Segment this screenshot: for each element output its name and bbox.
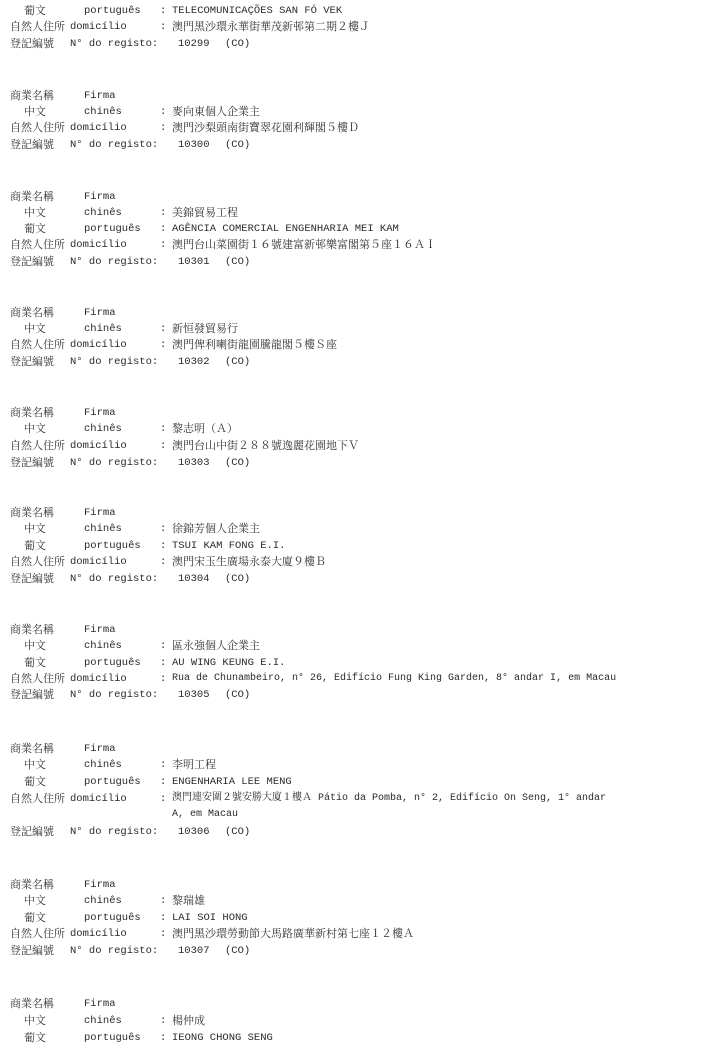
registry-suffix: (CO) — [225, 455, 250, 471]
firm-label-zh: 商業名稱 — [10, 877, 54, 893]
firm-label-pt: Firma — [84, 741, 116, 757]
registry-label-pt: N° do registo: — [70, 354, 158, 370]
domicile-label-pt: domicílio — [70, 791, 127, 807]
registry-number-value: 10307 — [178, 943, 210, 959]
colon: : — [160, 791, 166, 807]
chinese-label-zh: 中文 — [24, 421, 46, 437]
domicile-label-pt: domicílio — [70, 237, 127, 253]
chinese-name-value: 新恒發貿易行 — [172, 321, 238, 337]
registry-number-value: 10303 — [178, 455, 210, 471]
chinese-name-value: 區永強個人企業主 — [172, 638, 260, 654]
domicile-label-pt: domicílio — [70, 19, 127, 35]
domicile-label-pt: domicílio — [70, 120, 127, 136]
firm-label-zh: 商業名稱 — [10, 622, 54, 638]
colon: : — [160, 120, 166, 136]
portuguese-label-pt: português — [84, 538, 141, 554]
domicile-label-zh: 自然人住所 — [10, 337, 65, 353]
colon: : — [160, 638, 166, 654]
chinese-name-value: 黎瑞雄 — [172, 893, 205, 909]
colon: : — [160, 774, 166, 790]
registry-suffix: (CO) — [225, 254, 250, 270]
domicile-label-zh: 自然人住所 — [10, 237, 65, 253]
chinese-label-zh: 中文 — [24, 521, 46, 537]
domicile-label-pt: domicílio — [70, 554, 127, 570]
firm-label-pt: Firma — [84, 405, 116, 421]
chinese-label-pt: chinês — [84, 757, 122, 773]
firm-label-pt: Firma — [84, 88, 116, 104]
registry-suffix: (CO) — [225, 943, 250, 959]
registry-label-pt: N° do registo: — [70, 687, 158, 703]
colon: : — [160, 671, 166, 687]
colon: : — [160, 655, 166, 671]
domicile-value: 澳門台山菜園街１６號建富新邨樂富閣第５座１６ＡＩ — [172, 237, 436, 253]
registry-suffix: (CO) — [225, 354, 250, 370]
chinese-label-zh: 中文 — [24, 104, 46, 120]
registry-label-zh: 登記編號 — [10, 455, 54, 471]
colon: : — [160, 421, 166, 437]
domicile-value: 澳門台山中街２８８號逸麗花園地下Ｖ — [172, 438, 359, 454]
chinese-label-pt: chinês — [84, 1013, 122, 1029]
portuguese-label-zh: 葡文 — [24, 221, 46, 237]
portuguese-label-pt: português — [84, 655, 141, 671]
firm-label-pt: Firma — [84, 189, 116, 205]
registry-label-pt: N° do registo: — [70, 254, 158, 270]
portuguese-label-zh: 葡文 — [24, 1030, 46, 1046]
domicile-label-zh: 自然人住所 — [10, 19, 65, 35]
colon: : — [160, 104, 166, 120]
portuguese-label-pt: português — [84, 3, 141, 19]
domicile-value: 澳門俾利喇街龍園騰龍閣５樓Ｓ座 — [172, 337, 337, 353]
registry-label-zh: 登記編號 — [10, 571, 54, 587]
registry-label-zh: 登記編號 — [10, 943, 54, 959]
colon: : — [160, 321, 166, 337]
registry-label-pt: N° do registo: — [70, 137, 158, 153]
domicile-label-zh: 自然人住所 — [10, 120, 65, 136]
chinese-label-zh: 中文 — [24, 638, 46, 654]
chinese-name-value: 楊仲成 — [172, 1013, 205, 1029]
domicile-value: 澳門黑沙環勞動節大馬路廣華新村第七座１２樓Ａ — [172, 926, 414, 942]
registry-number-value: 10305 — [178, 687, 210, 703]
portuguese-name-value: TSUI KAM FONG E.I. — [172, 538, 285, 554]
registry-number-value: 10304 — [178, 571, 210, 587]
domicile-label-zh: 自然人住所 — [10, 926, 65, 942]
firm-label-zh: 商業名稱 — [10, 405, 54, 421]
registry-label-pt: N° do registo: — [70, 824, 158, 840]
domicile-value: Rua de Chunambeiro, n° 26, Edifício Fung… — [172, 671, 616, 687]
domicile-label-zh: 自然人住所 — [10, 791, 65, 807]
portuguese-name-value: IEONG CHONG SENG — [172, 1030, 273, 1046]
colon: : — [160, 538, 166, 554]
portuguese-name-value: ENGENHARIA LEE MENG — [172, 774, 292, 790]
firm-label-zh: 商業名稱 — [10, 996, 54, 1012]
colon: : — [160, 438, 166, 454]
portuguese-label-zh: 葡文 — [24, 774, 46, 790]
portuguese-label-zh: 葡文 — [24, 655, 46, 671]
colon: : — [160, 3, 166, 19]
portuguese-name-value: LAI SOI HONG — [172, 910, 248, 926]
registry-number-value: 10306 — [178, 824, 210, 840]
chinese-label-pt: chinês — [84, 205, 122, 221]
chinese-name-value: 黎志明（Ａ） — [172, 421, 238, 437]
colon: : — [160, 237, 166, 253]
chinese-label-zh: 中文 — [24, 893, 46, 909]
colon: : — [160, 1013, 166, 1029]
domicile-label-zh: 自然人住所 — [10, 554, 65, 570]
domicile-label-pt: domicílio — [70, 438, 127, 454]
colon: : — [160, 554, 166, 570]
registry-number-value: 10300 — [178, 137, 210, 153]
chinese-label-pt: chinês — [84, 893, 122, 909]
portuguese-label-pt: português — [84, 774, 141, 790]
domicile-value: 澳門宋玉生廣場永泰大廈９樓Ｂ — [172, 554, 326, 570]
portuguese-label-pt: português — [84, 910, 141, 926]
domicile-label-pt: domicílio — [70, 926, 127, 942]
domicile-value: 澳門沙梨頭南街寶翠花園利輝閣５樓Ｄ — [172, 120, 359, 136]
firm-label-zh: 商業名稱 — [10, 305, 54, 321]
registry-suffix: (CO) — [225, 571, 250, 587]
registry-label-zh: 登記編號 — [10, 354, 54, 370]
registry-label-zh: 登記編號 — [10, 254, 54, 270]
chinese-label-zh: 中文 — [24, 1013, 46, 1029]
chinese-label-pt: chinês — [84, 321, 122, 337]
firm-label-zh: 商業名稱 — [10, 189, 54, 205]
colon: : — [160, 19, 166, 35]
portuguese-label-pt: português — [84, 1030, 141, 1046]
chinese-label-pt: chinês — [84, 421, 122, 437]
firm-label-pt: Firma — [84, 877, 116, 893]
colon: : — [160, 910, 166, 926]
colon: : — [160, 205, 166, 221]
registry-suffix: (CO) — [225, 824, 250, 840]
registry-number-value: 10301 — [178, 254, 210, 270]
firm-label-pt: Firma — [84, 996, 116, 1012]
colon: : — [160, 757, 166, 773]
registry-label-zh: 登記編號 — [10, 824, 54, 840]
domicile-value: 澳門黑沙環永華街華茂新邨第二期２樓Ｊ — [172, 19, 370, 35]
firm-label-pt: Firma — [84, 622, 116, 638]
firm-label-pt: Firma — [84, 305, 116, 321]
registry-label-zh: 登記編號 — [10, 36, 54, 52]
registry-suffix: (CO) — [225, 137, 250, 153]
colon: : — [160, 221, 166, 237]
colon: : — [160, 926, 166, 942]
portuguese-label-pt: português — [84, 221, 141, 237]
domicile-label-pt: domicílio — [70, 671, 127, 687]
firm-label-zh: 商業名稱 — [10, 741, 54, 757]
firm-label-zh: 商業名稱 — [10, 505, 54, 521]
colon: : — [160, 337, 166, 353]
registry-label-pt: N° do registo: — [70, 571, 158, 587]
chinese-name-value: 徐錦芳個人企業主 — [172, 521, 260, 537]
chinese-label-pt: chinês — [84, 521, 122, 537]
chinese-label-zh: 中文 — [24, 321, 46, 337]
portuguese-name-value: TELECOMUNICAÇÕES SAN FÓ VEK — [172, 3, 342, 19]
colon: : — [160, 1030, 166, 1046]
portuguese-label-zh: 葡文 — [24, 3, 46, 19]
portuguese-label-zh: 葡文 — [24, 538, 46, 554]
registry-suffix: (CO) — [225, 687, 250, 703]
registry-label-zh: 登記編號 — [10, 687, 54, 703]
domicile-value-continued: A, em Macau — [172, 807, 238, 823]
portuguese-name-value: AU WING KEUNG E.I. — [172, 655, 285, 671]
registry-label-zh: 登記編號 — [10, 137, 54, 153]
registry-number-value: 10302 — [178, 354, 210, 370]
chinese-label-zh: 中文 — [24, 757, 46, 773]
registry-label-pt: N° do registo: — [70, 36, 158, 52]
registry-label-pt: N° do registo: — [70, 455, 158, 471]
domicile-label-zh: 自然人住所 — [10, 438, 65, 454]
registry-number-value: 10299 — [178, 36, 210, 52]
registry-label-pt: N° do registo: — [70, 943, 158, 959]
chinese-label-zh: 中文 — [24, 205, 46, 221]
colon: : — [160, 893, 166, 909]
colon: : — [160, 521, 166, 537]
firm-label-pt: Firma — [84, 505, 116, 521]
domicile-label-pt: domicílio — [70, 337, 127, 353]
chinese-name-value: 美錦貿易工程 — [172, 205, 238, 221]
firm-label-zh: 商業名稱 — [10, 88, 54, 104]
portuguese-name-value: AGÊNCIA COMERCIAL ENGENHARIA MEI KAM — [172, 221, 399, 237]
chinese-label-pt: chinês — [84, 638, 122, 654]
domicile-label-zh: 自然人住所 — [10, 671, 65, 687]
portuguese-label-zh: 葡文 — [24, 910, 46, 926]
chinese-label-pt: chinês — [84, 104, 122, 120]
chinese-name-value: 麥向東個人企業主 — [172, 104, 260, 120]
domicile-value: 澳門連安圍２號安勝大廈１樓Ａ Pátio da Pomba, n° 2, Edi… — [172, 791, 606, 807]
registry-suffix: (CO) — [225, 36, 250, 52]
chinese-name-value: 李明工程 — [172, 757, 216, 773]
